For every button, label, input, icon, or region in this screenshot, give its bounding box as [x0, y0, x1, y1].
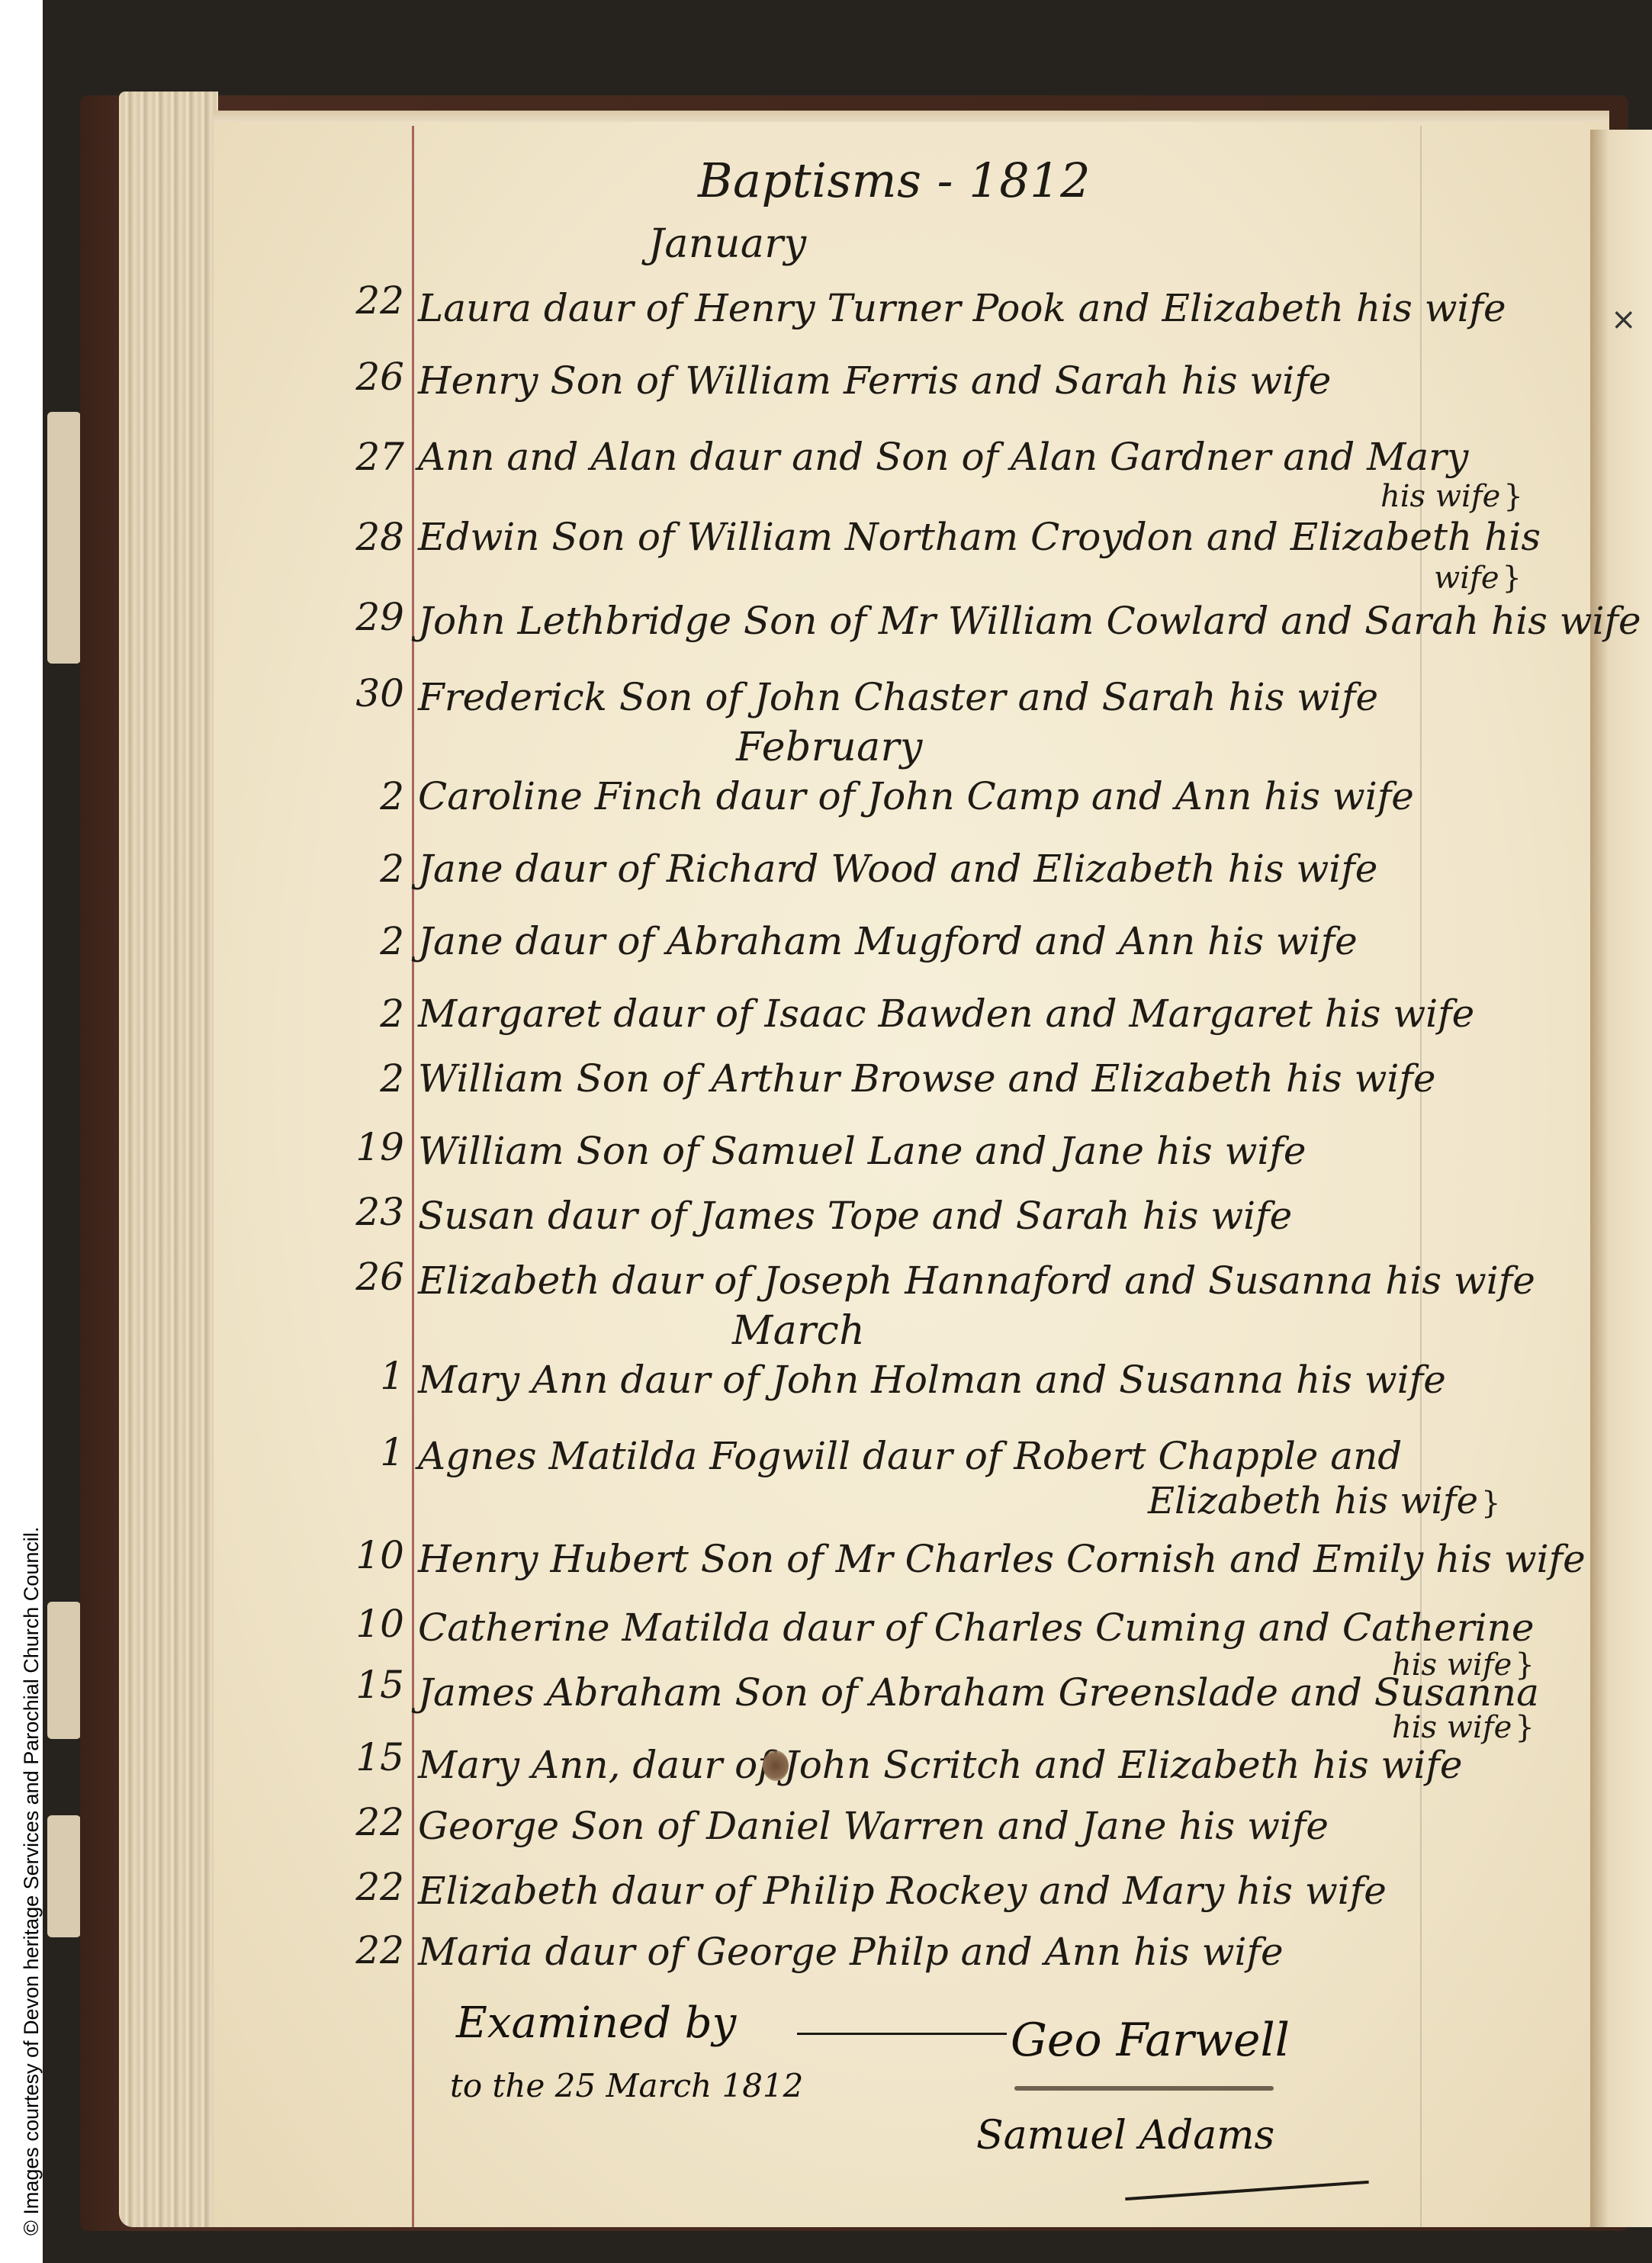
entry-day: 10	[336, 1533, 404, 1577]
month-heading-march: March	[732, 1308, 865, 1354]
entry-text: Caroline Finch daur of John Camp and Ann…	[418, 774, 1414, 818]
entry-day: 10	[336, 1602, 404, 1646]
entry-continuation: wife}	[1434, 561, 1522, 596]
entry-day: 29	[336, 595, 404, 639]
entry-text: Ann and Alan daur and Son of Alan Gardne…	[418, 435, 1468, 479]
facing-page-edge	[1590, 130, 1652, 2227]
entry-text: Catherine Matilda daur of Charles Cuming…	[418, 1606, 1534, 1650]
entry-text: Edwin Son of William Northam Croydon and…	[418, 515, 1541, 559]
entry-text: Frederick Son of John Chaster and Sarah …	[418, 675, 1378, 719]
entry-day: 22	[336, 1865, 404, 1909]
entry-day: 2	[336, 992, 404, 1036]
entry-text: Mary Ann, daur of John Scritch and Eliza…	[418, 1743, 1462, 1787]
page-edges-stack	[119, 92, 218, 2227]
entry-text: John Lethbridge Son of Mr William Cowlar…	[418, 599, 1641, 643]
entry-text: Jane daur of Abraham Mugford and Ann his…	[418, 919, 1358, 963]
signature-farwell: Geo Farwell	[1011, 2014, 1290, 2067]
margin-mark: ×	[1611, 302, 1637, 337]
entry-day: 15	[336, 1735, 404, 1779]
entry-day: 1	[336, 1354, 404, 1398]
entry-text: Maria daur of George Philp and Ann his w…	[418, 1930, 1284, 1974]
entry-continuation: his wife}	[1392, 1710, 1535, 1745]
copyright-credit: © Images courtesy of Devon heritage Serv…	[21, 1527, 42, 2236]
entry-day: 27	[336, 435, 404, 479]
entry-text: Elizabeth daur of Philip Rockey and Mary…	[418, 1869, 1387, 1913]
entry-day: 22	[336, 278, 404, 323]
entry-text: Mary Ann daur of John Holman and Susanna…	[418, 1358, 1446, 1402]
entry-text: Elizabeth daur of Joseph Hannaford and S…	[418, 1258, 1535, 1303]
entry-day: 2	[336, 847, 404, 891]
entry-continuation: Elizabeth his wife}	[1148, 1480, 1500, 1522]
entry-day: 2	[336, 919, 404, 963]
signature-adams: Samuel Adams	[976, 2113, 1274, 2159]
entry-text: George Son of Daniel Warren and Jane his…	[418, 1804, 1329, 1848]
entry-text: Susan daur of James Tope and Sarah his w…	[418, 1194, 1292, 1238]
entry-text: Margaret daur of Isaac Bawden and Margar…	[418, 992, 1474, 1036]
entry-text: Henry Son of William Ferris and Sarah hi…	[418, 358, 1331, 403]
bookmark-tab	[47, 1815, 81, 1937]
ink-stain	[763, 1750, 789, 1781]
month-heading-january: January	[648, 221, 807, 267]
entry-text: Henry Hubert Son of Mr Charles Cornish a…	[418, 1537, 1586, 1581]
entry-text: Jane daur of Richard Wood and Elizabeth …	[418, 847, 1377, 891]
examined-by-label: Examined by	[456, 1998, 736, 2048]
entry-day: 26	[336, 355, 404, 399]
entry-text: William Son of Samuel Lane and Jane his …	[418, 1129, 1306, 1173]
entry-day: 30	[336, 671, 404, 715]
entry-day: 22	[336, 1800, 404, 1844]
examination-date: to the 25 March 1812	[450, 2067, 803, 2104]
margin-rule-line	[412, 126, 414, 2227]
bookmark-tab	[47, 1602, 81, 1739]
entry-text: James Abraham Son of Abraham Greenslade …	[418, 1670, 1539, 1715]
signature-dash	[797, 2033, 1007, 2035]
entry-day: 2	[336, 1056, 404, 1101]
entry-day: 26	[336, 1255, 404, 1299]
entry-day: 1	[336, 1430, 404, 1474]
credit-strip: © Images courtesy of Devon heritage Serv…	[0, 0, 43, 2263]
entry-continuation: his wife}	[1380, 479, 1523, 514]
entry-text: William Son of Arthur Browse and Elizabe…	[418, 1056, 1436, 1101]
month-heading-february: February	[736, 725, 923, 770]
entry-day: 23	[336, 1190, 404, 1234]
entry-day: 15	[336, 1663, 404, 1707]
entry-text: Laura daur of Henry Turner Pook and Eliz…	[418, 286, 1506, 330]
entry-day: 28	[336, 515, 404, 559]
signature-flourish	[1014, 2086, 1274, 2091]
bookmark-tab	[47, 412, 81, 664]
entry-day: 19	[336, 1125, 404, 1169]
page-title: Baptisms - 1812	[698, 153, 1091, 208]
entry-day: 22	[336, 1928, 404, 1972]
entry-day: 2	[336, 774, 404, 818]
entry-text: Agnes Matilda Fogwill daur of Robert Cha…	[418, 1434, 1402, 1478]
